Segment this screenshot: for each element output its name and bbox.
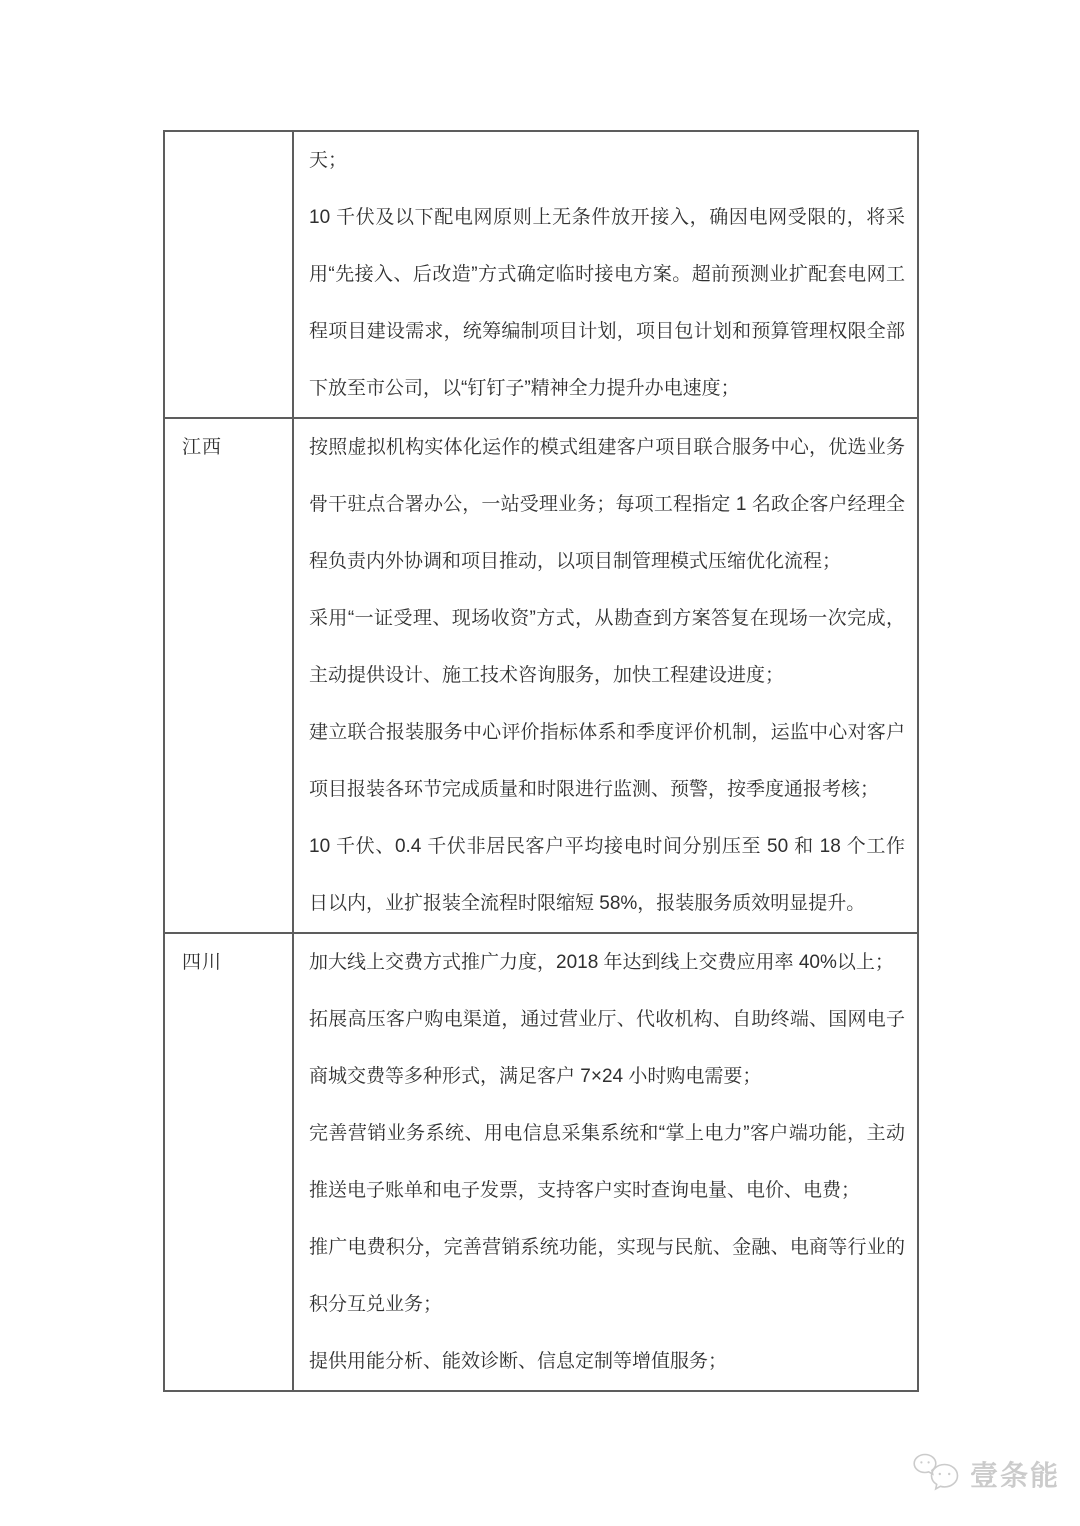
- measures-cell: 天； 10 千伏及以下配电网原则上无条件放开接入，确因电网受限的，将采用“先接入…: [293, 131, 918, 418]
- table-row-continuation: 天； 10 千伏及以下配电网原则上无条件放开接入，确因电网受限的，将采用“先接入…: [164, 131, 918, 418]
- measure-paragraph: 按照虚拟机构实体化运作的模式组建客户项目联合服务中心，优选业务骨干驻点合署办公，…: [309, 419, 905, 590]
- brand-name: 壹条能: [970, 1454, 1060, 1494]
- table-row-sichuan: 四川 加大线上交费方式推广力度，2018 年达到线上交费应用率 40%以上； 拓…: [164, 933, 918, 1391]
- measure-paragraph: 10 千伏及以下配电网原则上无条件放开接入，确因电网受限的，将采用“先接入、后改…: [309, 189, 905, 417]
- province-cell: 江西: [164, 418, 293, 933]
- wechat-chat-bubbles-icon: [912, 1452, 962, 1496]
- measure-paragraph: 建立联合报装服务中心评价指标体系和季度评价机制，运监中心对客户项目报装各环节完成…: [309, 704, 905, 818]
- measures-cell: 加大线上交费方式推广力度，2018 年达到线上交费应用率 40%以上； 拓展高压…: [293, 933, 918, 1391]
- province-cell: [164, 131, 293, 418]
- measure-paragraph: 完善营销业务系统、用电信息采集系统和“掌上电力”客户端功能，主动推送电子账单和电…: [309, 1105, 905, 1219]
- measure-paragraph: 采用“一证受理、现场收资”方式，从勘查到方案答复在现场一次完成，主动提供设计、施…: [309, 590, 905, 704]
- measure-paragraph: 拓展高压客户购电渠道，通过营业厅、代收机构、自助终端、国网电子商城交费等多种形式…: [309, 991, 905, 1105]
- measure-paragraph: 天；: [309, 132, 905, 189]
- measure-paragraph: 加大线上交费方式推广力度，2018 年达到线上交费应用率 40%以上；: [309, 934, 905, 991]
- brand-watermark: 壹条能: [912, 1452, 1060, 1496]
- measure-paragraph: 提供用能分析、能效诊断、信息定制等增值服务；: [309, 1333, 905, 1390]
- province-label: 江西: [182, 437, 222, 458]
- table-row-jiangxi: 江西 按照虚拟机构实体化运作的模式组建客户项目联合服务中心，优选业务骨干驻点合署…: [164, 418, 918, 933]
- province-measures-table: 天； 10 千伏及以下配电网原则上无条件放开接入，确因电网受限的，将采用“先接入…: [163, 130, 919, 1392]
- measure-paragraph: 10 千伏、0.4 千伏非居民客户平均接电时间分别压至 50 和 18 个工作日…: [309, 818, 905, 932]
- province-label: 四川: [182, 952, 222, 973]
- measures-cell: 按照虚拟机构实体化运作的模式组建客户项目联合服务中心，优选业务骨干驻点合署办公，…: [293, 418, 918, 933]
- document-page: 天； 10 千伏及以下配电网原则上无条件放开接入，确因电网受限的，将采用“先接入…: [0, 0, 1080, 1526]
- province-cell: 四川: [164, 933, 293, 1391]
- measure-paragraph: 推广电费积分，完善营销系统功能，实现与民航、金融、电商等行业的积分互兑业务；: [309, 1219, 905, 1333]
